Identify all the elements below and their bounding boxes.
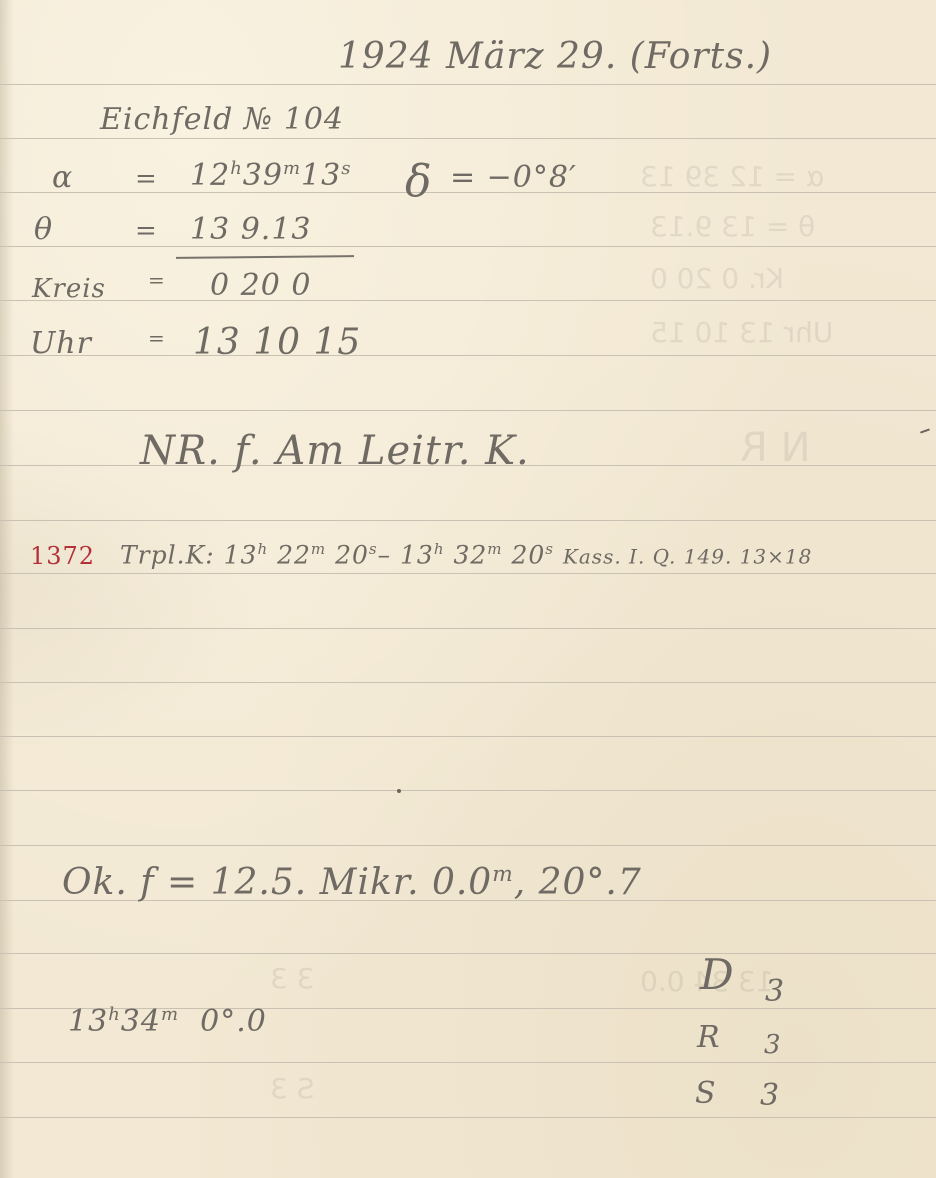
ruled-line bbox=[0, 520, 936, 521]
alpha-label: α bbox=[52, 160, 73, 195]
alpha-seconds: 13 bbox=[301, 158, 341, 193]
ruled-line bbox=[0, 790, 936, 791]
ruled-line bbox=[0, 573, 936, 574]
bleed-through-1: α = 12 39 13 bbox=[640, 160, 824, 193]
plate-number: 1372 bbox=[30, 542, 95, 570]
ruled-line bbox=[0, 953, 936, 954]
ruled-line bbox=[0, 682, 936, 683]
ink-speck bbox=[920, 428, 930, 433]
bleed-through-4: Uhr 13 10 15 bbox=[650, 316, 833, 349]
bleed-through-5: N R bbox=[740, 425, 810, 471]
bleed-through-3: Kr. 0 20 0 bbox=[650, 262, 784, 295]
alpha-minutes: 39 bbox=[243, 158, 283, 193]
ocular-micrometer-line: Ok. f = 12.5. Mikr. 0.0m, 20°.7 bbox=[62, 862, 642, 903]
field-title: Eichfeld № 104 bbox=[100, 102, 344, 137]
ruled-line bbox=[0, 1117, 936, 1118]
binding-shadow bbox=[0, 0, 14, 1178]
bleed-through-7: 3 3 bbox=[270, 962, 315, 995]
delta-label: δ bbox=[405, 156, 433, 207]
page-date-header: 1924 März 29. (Forts.) bbox=[338, 36, 772, 77]
ruled-line bbox=[0, 355, 936, 356]
rating-label-r: R bbox=[697, 1020, 721, 1055]
minutes-unit: m bbox=[283, 158, 301, 179]
ruled-line bbox=[0, 1062, 936, 1063]
uhr-value: 13 10 15 bbox=[193, 322, 361, 363]
uhr-equals: = bbox=[148, 326, 166, 350]
seconds-unit: s bbox=[341, 158, 351, 179]
plate-cassette: Kass. I. Q. 149. 13×18 bbox=[563, 544, 812, 568]
ruled-line bbox=[0, 300, 936, 301]
alpha-value: 12h39m13s bbox=[190, 158, 351, 193]
time-entry: 13h34m 0°.0 bbox=[68, 1004, 267, 1039]
plate-exposure: Trpl.K: 13h 22m 20s– 13h 32m 20s Kass. I… bbox=[120, 540, 812, 569]
ruled-line bbox=[0, 138, 936, 139]
kreis-value: 0 20 0 bbox=[210, 268, 311, 303]
notebook-page: α = 12 39 13 θ = 13 9.13 Kr. 0 20 0 Uhr … bbox=[0, 0, 936, 1178]
hours-unit: h bbox=[230, 158, 243, 179]
ruled-line bbox=[0, 84, 936, 85]
ruled-line bbox=[0, 736, 936, 737]
ruled-line bbox=[0, 410, 936, 411]
theta-value: 13 9.13 bbox=[190, 212, 312, 247]
rating-value-s: 3 bbox=[760, 1078, 780, 1113]
bleed-through-8: S 3 bbox=[270, 1072, 315, 1105]
instrument-note: NR. f. Am Leitr. K. bbox=[140, 428, 530, 474]
rating-label-d: D bbox=[700, 950, 735, 999]
alpha-hours: 12 bbox=[190, 158, 230, 193]
rating-label-s: S bbox=[695, 1076, 717, 1111]
rating-value-d: 3 bbox=[765, 974, 785, 1009]
delta-value: = −0°8′ bbox=[450, 160, 577, 195]
theta-equals: = bbox=[135, 216, 158, 246]
sum-underline bbox=[176, 255, 354, 259]
kreis-label: Kreis bbox=[32, 274, 106, 304]
ruled-line bbox=[0, 628, 936, 629]
kreis-equals: = bbox=[148, 268, 166, 292]
alpha-equals: = bbox=[135, 164, 158, 194]
ink-speck bbox=[397, 789, 401, 793]
uhr-label: Uhr bbox=[30, 326, 92, 361]
bleed-through-2: θ = 13 9.13 bbox=[650, 210, 815, 243]
ruled-line bbox=[0, 845, 936, 846]
rating-value-r: 3 bbox=[764, 1030, 782, 1060]
theta-label: θ bbox=[34, 212, 53, 247]
ruled-line bbox=[0, 246, 936, 247]
plate-prefix: Trpl.K: 13 bbox=[120, 540, 257, 569]
